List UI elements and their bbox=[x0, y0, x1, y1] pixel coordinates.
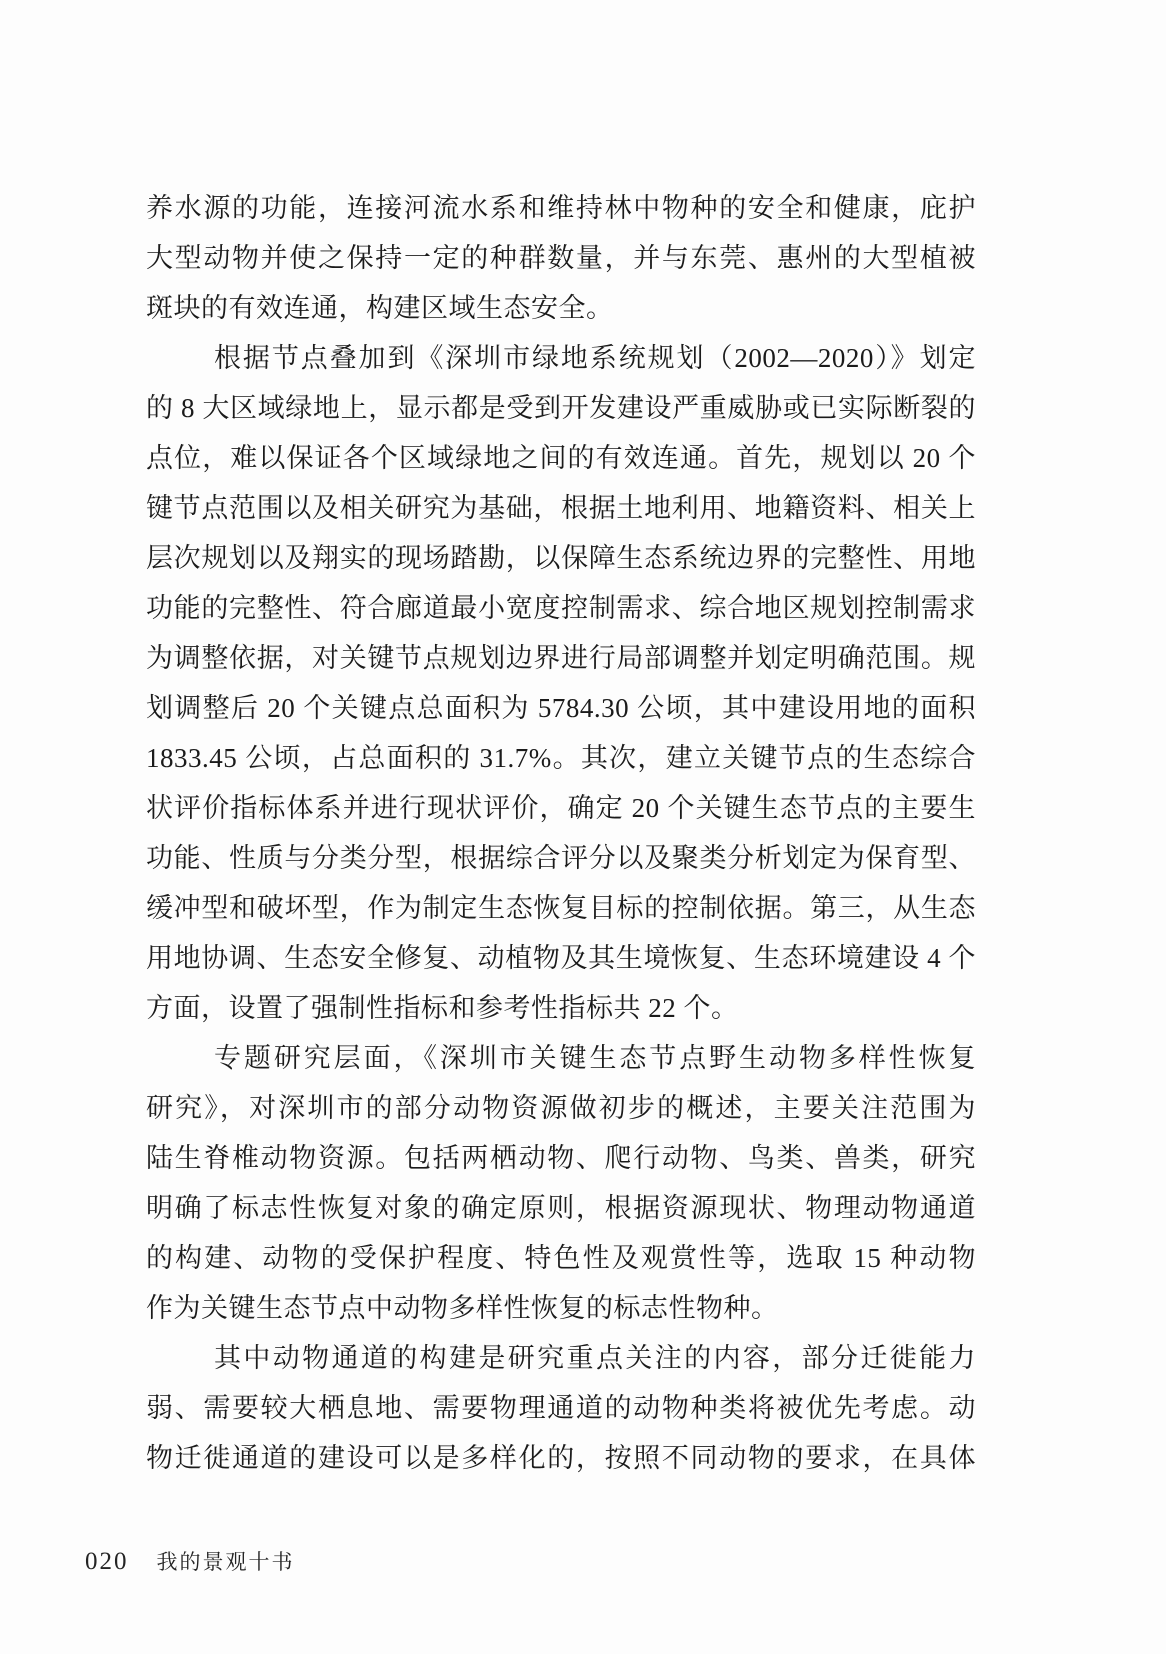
text-line: 研究》，对深圳市的部分动物资源做初步的概述，主要关注范围为 bbox=[146, 1083, 976, 1133]
text-line: 物迁徙通道的建设可以是多样化的，按照不同动物的要求，在具体 bbox=[146, 1433, 976, 1483]
text-line: 其中动物通道的构建是研究重点关注的内容，部分迁徙能力 bbox=[146, 1333, 976, 1383]
page-number: 020 bbox=[85, 1548, 129, 1576]
text-line: 根据节点叠加到《深圳市绿地系统规划（2002—2020）》划定 bbox=[146, 333, 976, 383]
text-line: 缓冲型和破坏型，作为制定生态恢复目标的控制依据。第三，从生态 bbox=[146, 883, 976, 933]
text-line: 键节点范围以及相关研究为基础，根据土地利用、地籍资料、相关上 bbox=[146, 483, 976, 533]
text-line: 状评价指标体系并进行现状评价，确定 20 个关键生态节点的主要生态 bbox=[146, 783, 976, 833]
text-line: 为调整依据，对关键节点规划边界进行局部调整并划定明确范围。规 bbox=[146, 633, 976, 683]
text-line: 的构建、动物的受保护程度、特色性及观赏性等，选取 15 种动物 bbox=[146, 1233, 976, 1283]
text-line: 养水源的功能，连接河流水系和维持林中物种的安全和健康，庇护 bbox=[146, 183, 976, 233]
text-line: 划调整后 20 个关键点总面积为 5784.30 公顷，其中建设用地的面积为 bbox=[146, 683, 976, 733]
text-line: 点位，难以保证各个区域绿地之间的有效连通。首先，规划以 20 个关 bbox=[146, 433, 976, 483]
text-line: 层次规划以及翔实的现场踏勘，以保障生态系统边界的完整性、用地 bbox=[146, 533, 976, 583]
text-line: 用地协调、生态安全修复、动植物及其生境恢复、生态环境建设 4 个 bbox=[146, 933, 976, 983]
text-line: 方面，设置了强制性指标和参考性指标共 22 个。 bbox=[146, 983, 976, 1033]
page-footer: 020 我的景观十书 bbox=[85, 1546, 295, 1576]
text-line: 1833.45 公顷，占总面积的 31.7%。其次，建立关键节点的生态综合现 bbox=[146, 733, 976, 783]
text-line: 功能、性质与分类分型，根据综合评分以及聚类分析划定为保育型、 bbox=[146, 833, 976, 883]
book-title: 我的景观十书 bbox=[157, 1546, 295, 1576]
text-line: 功能的完整性、符合廊道最小宽度控制需求、综合地区规划控制需求 bbox=[146, 583, 976, 633]
text-line: 明确了标志性恢复对象的确定原则，根据资源现状、物理动物通道 bbox=[146, 1183, 976, 1233]
text-line: 作为关键生态节点中动物多样性恢复的标志性物种。 bbox=[146, 1283, 976, 1333]
text-line: 的 8 大区域绿地上，显示都是受到开发建设严重威胁或已实际断裂的 bbox=[146, 383, 976, 433]
book-page: 养水源的功能，连接河流水系和维持林中物种的安全和健康，庇护大型动物并使之保持一定… bbox=[0, 0, 1166, 1654]
text-line: 专题研究层面，《深圳市关键生态节点野生动物多样性恢复 bbox=[146, 1033, 976, 1083]
body-text: 养水源的功能，连接河流水系和维持林中物种的安全和健康，庇护大型动物并使之保持一定… bbox=[146, 183, 976, 1483]
text-line: 陆生脊椎动物资源。包括两栖动物、爬行动物、鸟类、兽类，研究 bbox=[146, 1133, 976, 1183]
text-line: 斑块的有效连通，构建区域生态安全。 bbox=[146, 283, 976, 333]
text-line: 大型动物并使之保持一定的种群数量，并与东莞、惠州的大型植被 bbox=[146, 233, 976, 283]
text-line: 弱、需要较大栖息地、需要物理通道的动物种类将被优先考虑。动 bbox=[146, 1383, 976, 1433]
